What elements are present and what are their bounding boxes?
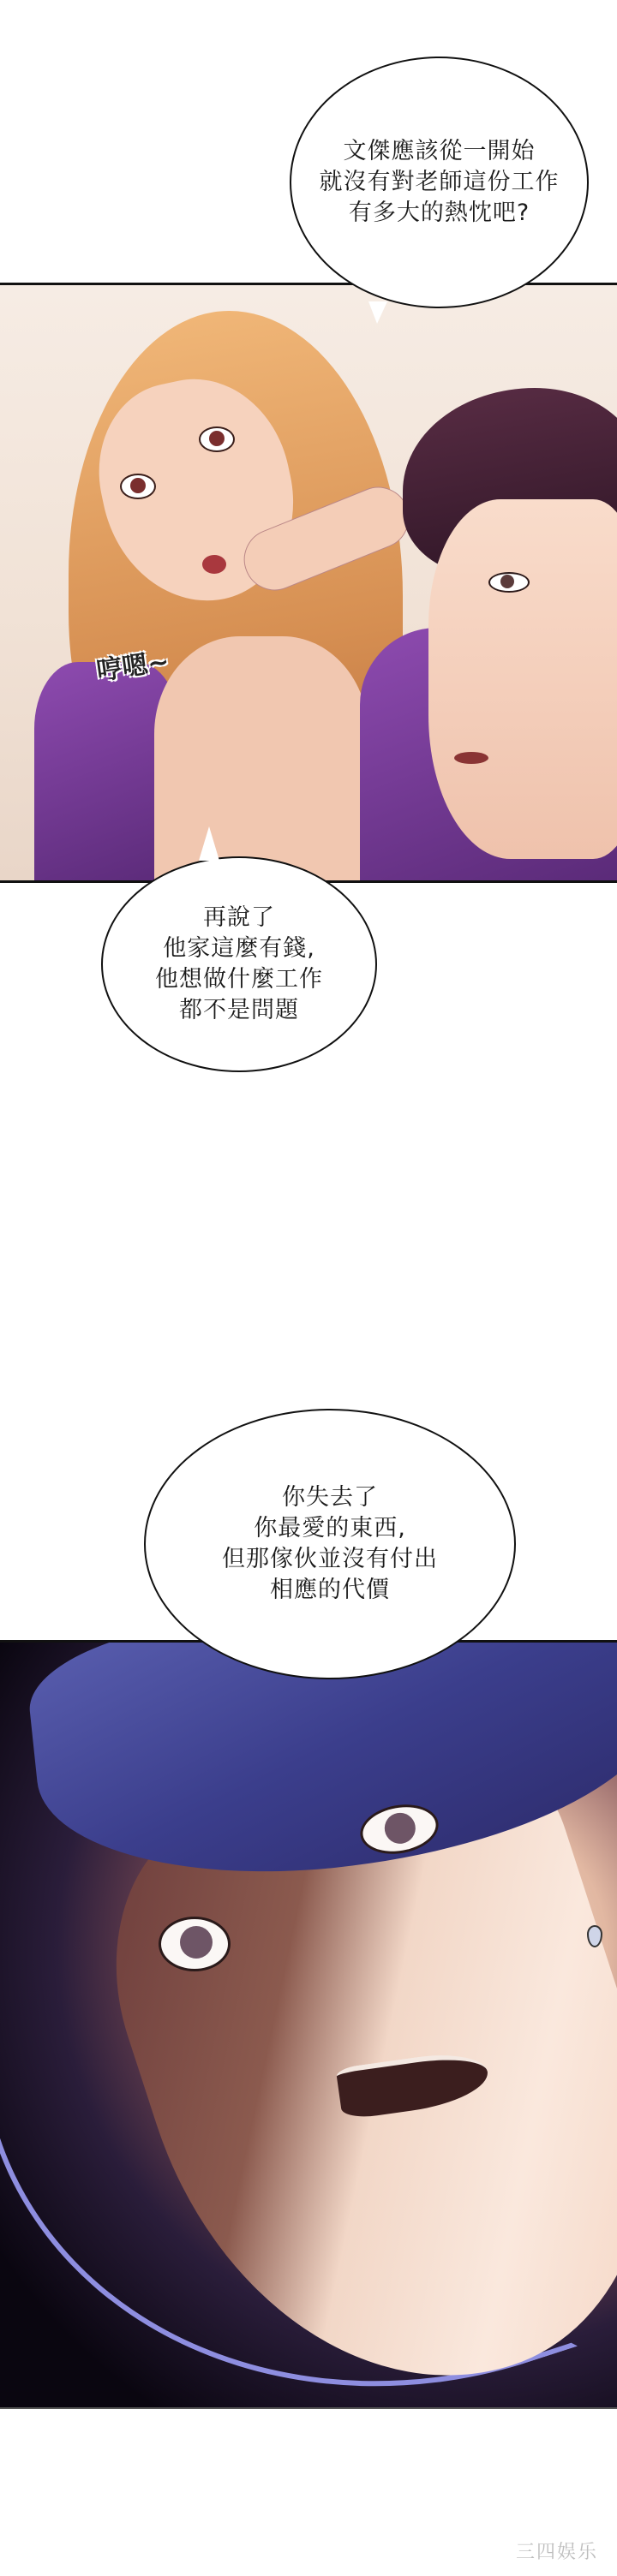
woman-chest: [154, 636, 368, 880]
bubble-3-line-1: 你失去了: [282, 1482, 378, 1513]
man-mouth: [454, 752, 488, 764]
bubble-3-line-3: 但那傢伙並沒有付出: [222, 1544, 438, 1575]
bubble-1-tail: [368, 301, 387, 324]
woman-mouth: [202, 555, 226, 574]
bubble-2-line-3: 他想做什麼工作: [155, 964, 323, 995]
eye-left-closeup: [159, 1917, 231, 1971]
watermark: 三四娱乐: [516, 2537, 598, 2564]
man-eye: [488, 572, 530, 593]
comic-panel-2: [0, 1640, 617, 2409]
bubble-2-tail: [199, 826, 219, 861]
woman-eye-left: [120, 474, 156, 499]
bubble-1-line-2: 就沒有對老師這份工作: [320, 167, 560, 198]
bubble-3-line-2: 你最愛的東西,: [254, 1513, 406, 1544]
bubble-1-line-1: 文傑應該從一開始: [344, 136, 536, 167]
speech-bubble-3: 你失去了 你最愛的東西, 但那傢伙並沒有付出 相應的代價: [144, 1409, 516, 1679]
speech-bubble-1: 文傑應該從一開始 就沒有對老師這份工作 有多大的熱忱吧?: [290, 57, 589, 308]
speech-bubble-2: 再說了 他家這麼有錢, 他想做什麼工作 都不是問題: [101, 856, 377, 1072]
comic-panel-1: 哼嗯~: [0, 283, 617, 883]
woman-eye-right: [199, 426, 235, 452]
bubble-2-line-2: 他家這麼有錢,: [163, 933, 315, 964]
man-face: [428, 499, 617, 859]
bubble-3-line-4: 相應的代價: [270, 1575, 390, 1606]
bubble-2-line-1: 再說了: [203, 903, 275, 933]
bubble-1-line-3: 有多大的熱忱吧?: [349, 198, 530, 229]
bubble-2-line-4: 都不是問題: [179, 995, 299, 1026]
